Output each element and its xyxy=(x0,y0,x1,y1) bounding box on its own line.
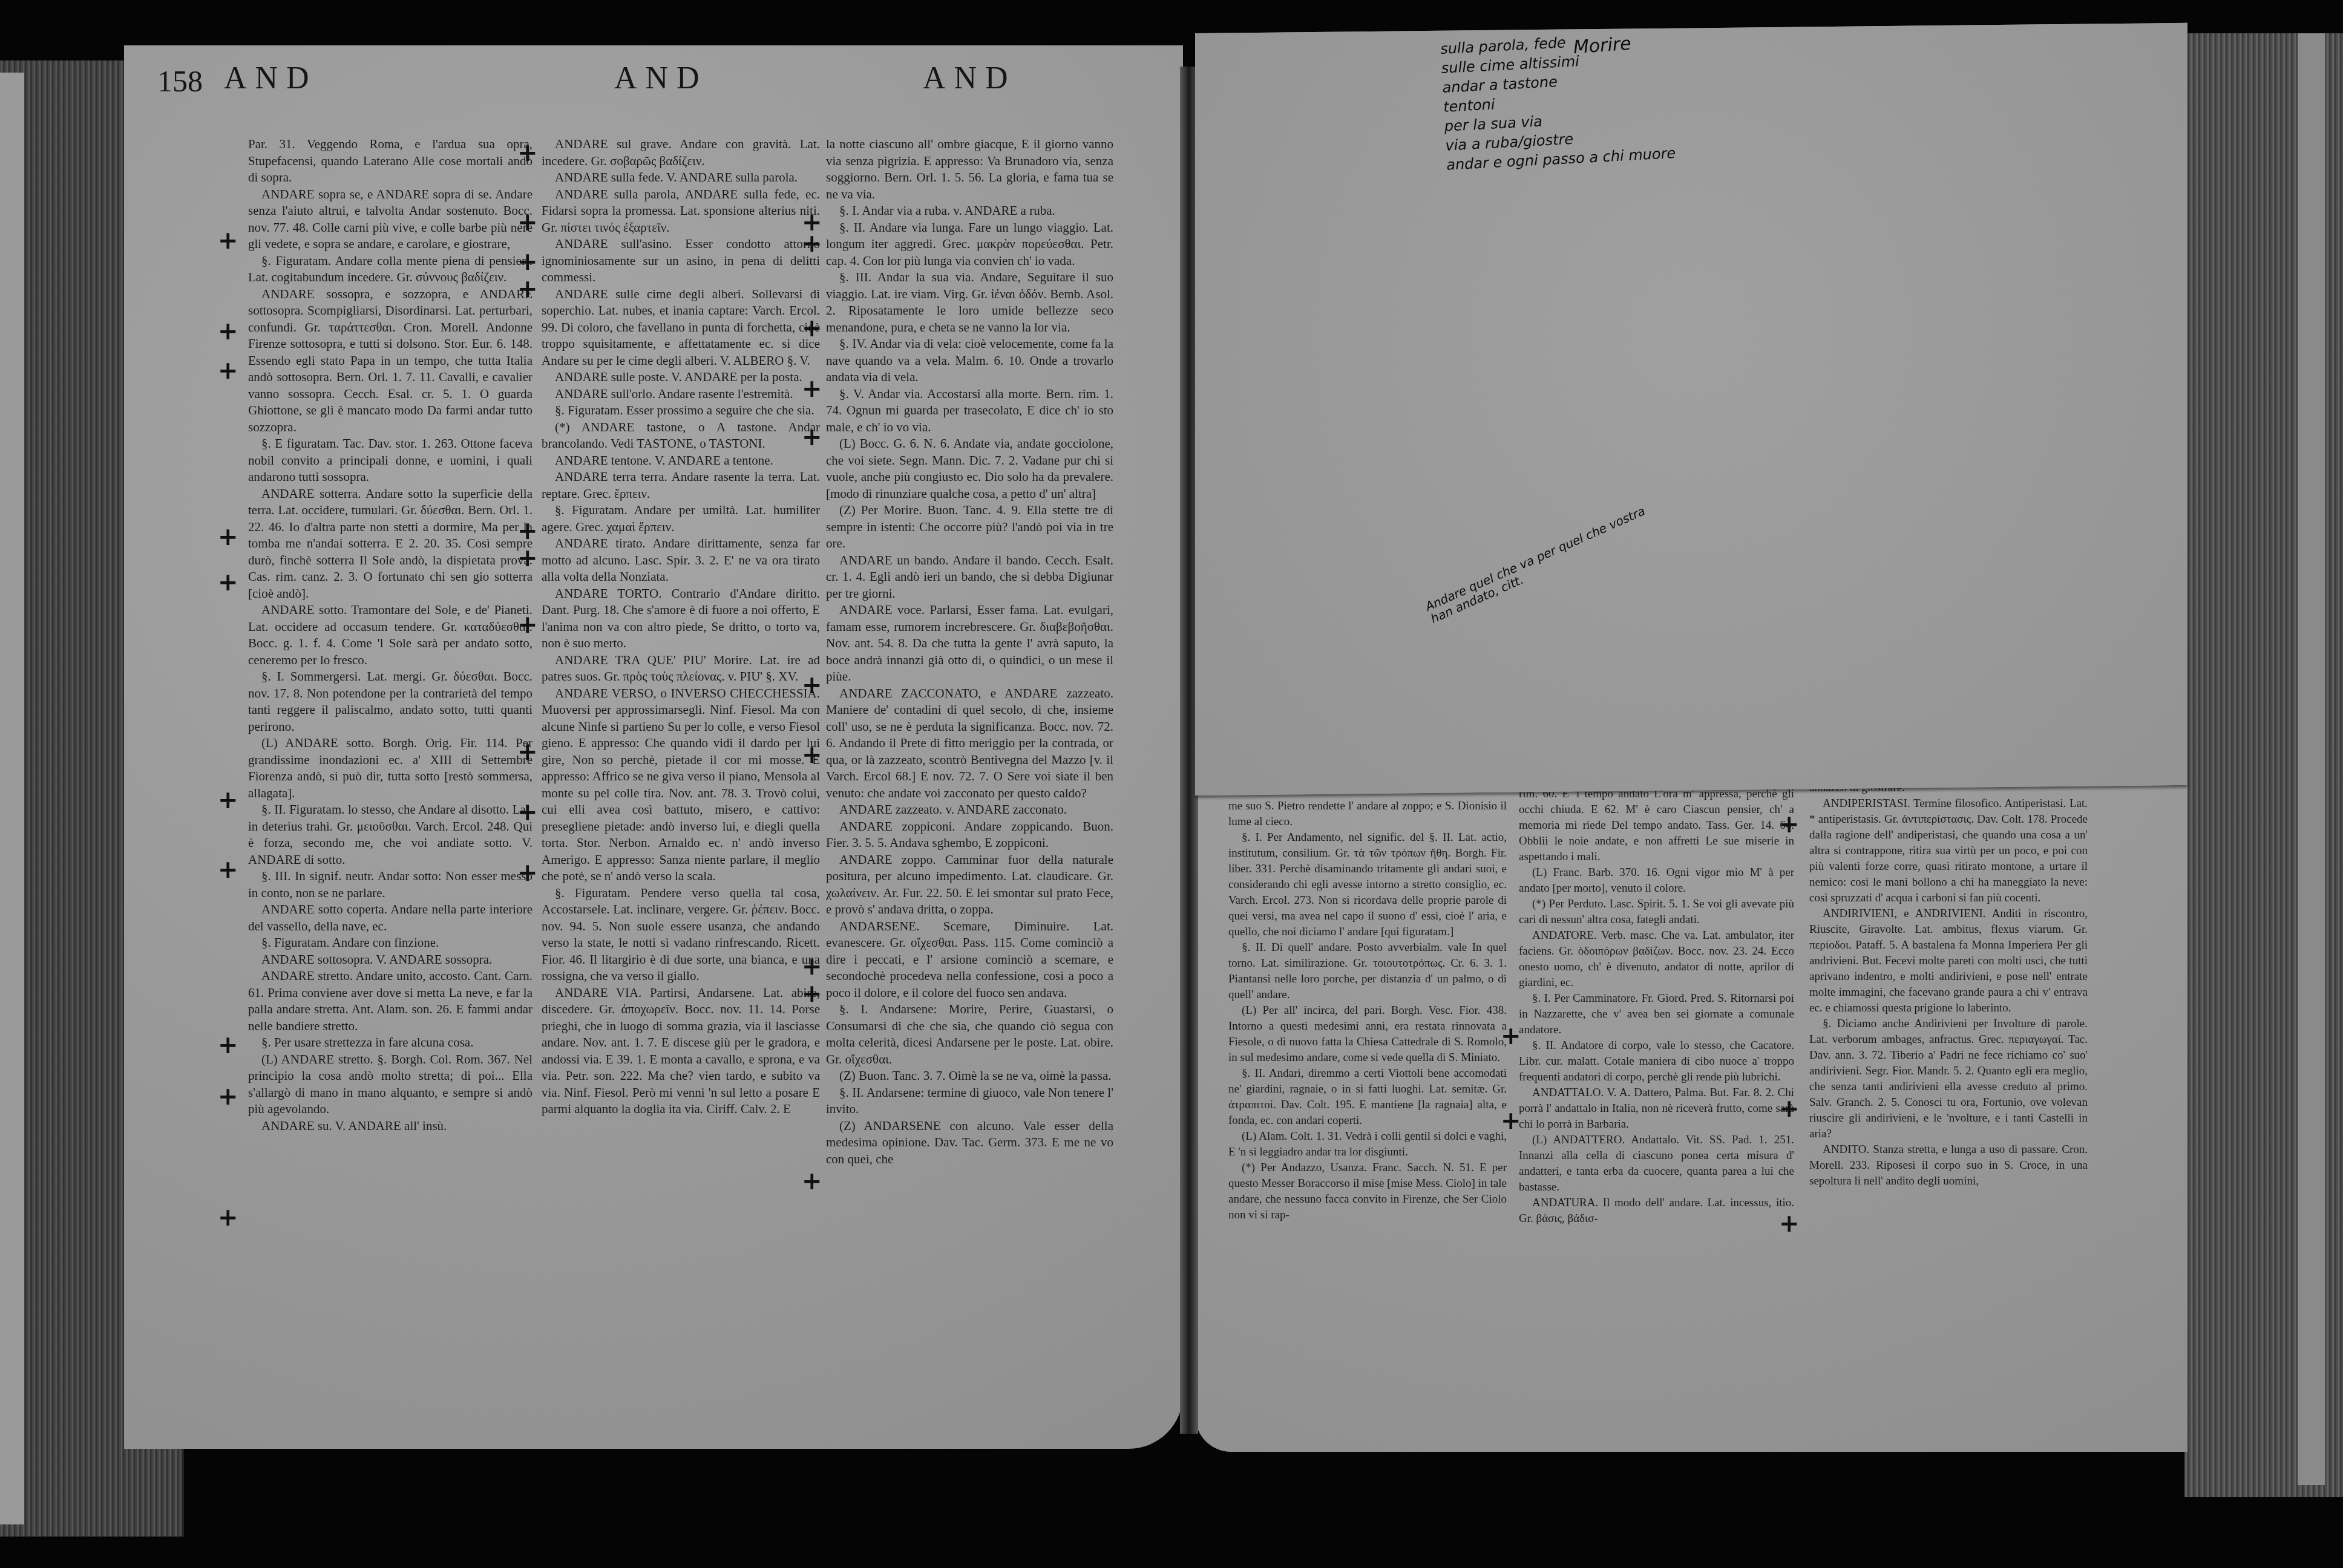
dictionary-entry: ANDARE VERSO, o INVERSO CHECCHESSIA. Muo… xyxy=(542,685,820,885)
dictionary-entry: ANDARE TORTO. Contrario d'Andare diritto… xyxy=(542,586,820,652)
dictionary-entry: (L) ANDARE stretto. §. Borgh. Col. Rom. … xyxy=(248,1051,532,1118)
dictionary-entry: §. Diciamo anche Andirivieni per Involtu… xyxy=(1809,1016,2088,1142)
dictionary-entry: ANDARE su. V. ANDARE all' insù. xyxy=(248,1118,532,1135)
right-page-column-2: rim. 60. E 'l tempo andato L'ora m' appr… xyxy=(1519,786,1794,1282)
dictionary-entry: (L) ANDATTERO. Andattalo. Vit. SS. Pad. … xyxy=(1519,1132,1794,1195)
check-mark-icon: + xyxy=(517,611,538,639)
check-mark-icon: + xyxy=(1779,1210,1800,1238)
handwritten-note-top: sulla parola, fede sulle cime altissimi … xyxy=(1440,27,1676,175)
dictionary-entry: ANDARSENE. Scemare, Diminuire. Lat. evan… xyxy=(826,918,1113,1002)
dictionary-entry: §. II. Andatore di corpo, vale lo stesso… xyxy=(1519,1038,1794,1085)
dictionary-entry: ANDARE sopra se, e ANDARE sopra di se. A… xyxy=(248,186,532,253)
dictionary-entry: ANDARE sull'asino. Esser condotto attorn… xyxy=(542,236,820,286)
book-cover-left xyxy=(0,73,24,1524)
check-mark-icon: + xyxy=(218,1031,238,1059)
dictionary-entry: la notte ciascuno all' ombre giacque, E … xyxy=(826,136,1113,203)
dictionary-entry: §. I. Per Andamento, nel signific. del §… xyxy=(1228,830,1507,940)
dictionary-entry: ANDARE sul grave. Andare con gravità. La… xyxy=(542,136,820,169)
dictionary-entry: Par. 31. Veggendo Roma, e l'ardua sua op… xyxy=(248,136,532,186)
dictionary-entry: §. II. Andarsene: termine di giuoco, val… xyxy=(826,1085,1113,1118)
dictionary-entry: §. II. Figuratam. lo stesso, che Andare … xyxy=(248,802,532,868)
dictionary-entry: ANDITO. Stanza stretta, e lunga a uso di… xyxy=(1809,1142,2088,1189)
dictionary-entry: ANDATURA. Il modo dell' andare. Lat. inc… xyxy=(1519,1195,1794,1227)
dictionary-entry: §. Figuratam. Andare con finzione. xyxy=(248,935,532,952)
dictionary-entry: ANDARE sotto. Tramontare del Sole, e de'… xyxy=(248,602,532,668)
dictionary-entry: (L) ANDARE sotto. Borgh. Orig. Fir. 114.… xyxy=(248,735,532,802)
check-mark-icon: + xyxy=(517,275,538,303)
check-mark-icon: + xyxy=(218,1083,238,1111)
check-mark-icon: + xyxy=(517,738,538,766)
dictionary-entry: (L) Per all' incirca, del pari. Borgh. V… xyxy=(1228,1003,1507,1066)
check-mark-icon: + xyxy=(218,318,238,345)
dictionary-entry: §. Per usare strettezza in fare alcuna c… xyxy=(248,1034,532,1051)
check-mark-icon: + xyxy=(802,423,822,451)
dictionary-entry: (*) ANDARE tastone, o A tastone. Andar b… xyxy=(542,419,820,452)
dictionary-entry: §. I. Andar via a ruba. v. ANDARE a ruba… xyxy=(826,203,1113,220)
check-mark-icon: + xyxy=(1501,1107,1521,1135)
running-head-3: AND xyxy=(923,60,1017,96)
check-mark-icon: + xyxy=(517,517,538,545)
dictionary-entry: (*) Per Andazzo, Usanza. Franc. Sacch. N… xyxy=(1228,1160,1507,1223)
check-mark-icon: + xyxy=(517,139,538,167)
dictionary-entry: §. Figuratam. Andare per umiltà. Lat. hu… xyxy=(542,502,820,535)
check-mark-icon: + xyxy=(802,315,822,342)
dictionary-entry: §. III. Andar la sua via. Andare, Seguit… xyxy=(826,269,1113,336)
dictionary-entry: ANDARE VIA. Partirsi, Andarsene. Lat. ab… xyxy=(542,985,820,1118)
dictionary-entry: (L) Bocc. G. 6. N. 6. Andate via, andate… xyxy=(826,436,1113,502)
running-head-1: AND xyxy=(224,60,318,96)
right-page-column-3: andazzo di giostrare.ANDIPERISTASI. Term… xyxy=(1809,780,2088,1282)
page-number: 158 xyxy=(157,64,203,99)
running-head-2: AND xyxy=(614,60,708,96)
dictionary-entry: me suo S. Pietro rendette l' andare al z… xyxy=(1228,799,1507,830)
dictionary-entry: ANDATORE. Verb. masc. Che va. Lat. ambul… xyxy=(1519,928,1794,991)
dictionary-entry: ANDARE sossopra, e sozzopra, e ANDARE so… xyxy=(248,286,532,436)
check-mark-icon: + xyxy=(218,856,238,884)
dictionary-entry: ANDARE tentone. V. ANDARE a tentone. xyxy=(542,452,820,469)
book-cover-right xyxy=(2298,33,2325,1485)
dictionary-entry: §. I. Per Camminatore. Fr. Giord. Pred. … xyxy=(1519,991,1794,1038)
check-mark-icon: + xyxy=(1779,1095,1800,1123)
book-page-edges-right xyxy=(2184,33,2343,1497)
check-mark-icon: + xyxy=(218,569,238,596)
dictionary-entry: §. I. Andarsene: Morire, Perire, Guastar… xyxy=(826,1001,1113,1068)
dictionary-entry: ANDARE ZACCONATO, e ANDARE zazzeato. Man… xyxy=(826,685,1113,802)
dictionary-entry: ANDARE zoppo. Camminar fuor della natura… xyxy=(826,852,1113,918)
dictionary-entry: §. I. Sommergersi. Lat. mergi. Gr. δύεσθ… xyxy=(248,668,532,735)
left-page-column-2: ANDARE sul grave. Andare con gravità. La… xyxy=(542,136,820,1340)
dictionary-entry: §. Figuratam. Andare colla mente piena d… xyxy=(248,253,532,286)
left-page-column-1: Par. 31. Veggendo Roma, e l'ardua sua op… xyxy=(248,136,532,1316)
dictionary-entry: (Z) Buon. Tanc. 3. 7. Oimè la se ne va, … xyxy=(826,1068,1113,1085)
dictionary-entry: ANDARE sotterra. Andare sotto la superfi… xyxy=(248,486,532,603)
dictionary-entry: §. Figuratam. Esser prossimo a seguire c… xyxy=(542,402,820,419)
dictionary-entry: (L) Franc. Barb. 370. 16. Ogni vigor mio… xyxy=(1519,865,1794,897)
right-page-column-1: me suo S. Pietro rendette l' andare al z… xyxy=(1228,799,1507,1289)
dictionary-entry: ANDARE TRA QUE' PIU' Morire. Lat. ire ad… xyxy=(542,652,820,685)
dictionary-entry: ANDARE sulla fede. V. ANDARE sulla parol… xyxy=(542,169,820,186)
check-mark-icon: + xyxy=(802,230,822,258)
dictionary-entry: §. II. Di quell' andare. Posto avverbial… xyxy=(1228,940,1507,1003)
dictionary-entry: ANDARE sulle cime degli alberi. Sollevar… xyxy=(542,286,820,370)
dictionary-entry: (L) Alam. Colt. 1. 31. Vedrà i colli gen… xyxy=(1228,1129,1507,1160)
dictionary-entry: ANDARE sottosopra. V. ANDARE sossopra. xyxy=(248,952,532,969)
check-mark-icon: + xyxy=(802,953,822,981)
check-mark-icon: + xyxy=(802,671,822,699)
dictionary-entry: §. II. Andare via lunga. Fare un lungo v… xyxy=(826,220,1113,270)
dictionary-entry: ANDARE voce. Parlarsi, Esser fama. Lat. … xyxy=(826,602,1113,685)
check-mark-icon: + xyxy=(218,357,238,385)
left-page-column-3: la notte ciascuno all' ombre giacque, E … xyxy=(826,136,1113,1340)
dictionary-entry: §. IV. Andar via di vela: cioè velocemen… xyxy=(826,336,1113,386)
dictionary-entry: ANDARE sull'orlo. Andare rasente l'estre… xyxy=(542,386,820,403)
check-mark-icon: + xyxy=(1779,811,1800,838)
pasted-blank-flap xyxy=(1195,23,2187,795)
dictionary-entry: (*) Per Perduto. Lasc. Spirit. 5. 1. Se … xyxy=(1519,897,1794,928)
check-mark-icon: + xyxy=(517,209,538,237)
check-mark-icon: + xyxy=(218,523,238,551)
check-mark-icon: + xyxy=(802,1168,822,1195)
check-mark-icon: + xyxy=(218,1204,238,1232)
check-mark-icon: + xyxy=(517,799,538,826)
dictionary-entry: ANDARE sulle poste. V. ANDARE per la pos… xyxy=(542,369,820,386)
check-mark-icon: + xyxy=(517,248,538,276)
dictionary-entry: ANDARE stretto. Andare unito, accosto. C… xyxy=(248,968,532,1034)
dictionary-entry: ANDARE zazzeato. v. ANDARE zacconato. xyxy=(826,802,1113,818)
dictionary-entry: (Z) Per Morire. Buon. Tanc. 4. 9. Ella s… xyxy=(826,502,1113,552)
dictionary-entry: rim. 60. E 'l tempo andato L'ora m' appr… xyxy=(1519,786,1794,865)
dictionary-entry: ANDARE zoppiconi. Andare zoppicando. Buo… xyxy=(826,818,1113,852)
check-mark-icon: + xyxy=(517,859,538,887)
dictionary-entry: ANDARE sotto coperta. Andare nella parte… xyxy=(248,901,532,935)
dictionary-entry: ANDIPERISTASI. Termine filosofico. Antip… xyxy=(1809,796,2088,906)
dictionary-entry: §. III. In signif. neutr. Andar sotto: N… xyxy=(248,868,532,901)
dictionary-entry: (Z) ANDARSENE con alcuno. Vale esser del… xyxy=(826,1118,1113,1168)
dictionary-entry: §. Figuratam. Pendere verso quella tal c… xyxy=(542,885,820,985)
dictionary-entry: ANDIRIVIENI, e ANDRIVIENI. Anditi in ris… xyxy=(1809,906,2088,1016)
dictionary-entry: ANDATTALO. V. A. Dattero, Palma. But. Fa… xyxy=(1519,1085,1794,1132)
dictionary-entry: ANDARE sulla parola, ANDARE sulla fede, … xyxy=(542,186,820,237)
check-mark-icon: + xyxy=(802,375,822,403)
check-mark-icon: + xyxy=(802,741,822,769)
handwritten-note-morire: Morire xyxy=(1573,34,1632,58)
dictionary-entry: §. V. Andar via. Accostarsi alla morte. … xyxy=(826,386,1113,436)
dictionary-entry: ANDARE un bando. Andare il bando. Cecch.… xyxy=(826,552,1113,603)
dictionary-entry: §. E figuratam. Tac. Dav. stor. 1. 263. … xyxy=(248,436,532,486)
check-mark-icon: + xyxy=(218,227,238,255)
dictionary-entry: §. II. Andari, diremmo a certi Viottoli … xyxy=(1228,1066,1507,1129)
check-mark-icon: + xyxy=(517,544,538,572)
dictionary-entry: ANDARE tirato. Andare dirittamente, senz… xyxy=(542,535,820,586)
check-mark-icon: + xyxy=(802,980,822,1008)
check-mark-icon: + xyxy=(218,786,238,814)
dictionary-entry: ANDARE terra terra. Andare rasente la te… xyxy=(542,469,820,502)
check-mark-icon: + xyxy=(1501,1022,1521,1050)
